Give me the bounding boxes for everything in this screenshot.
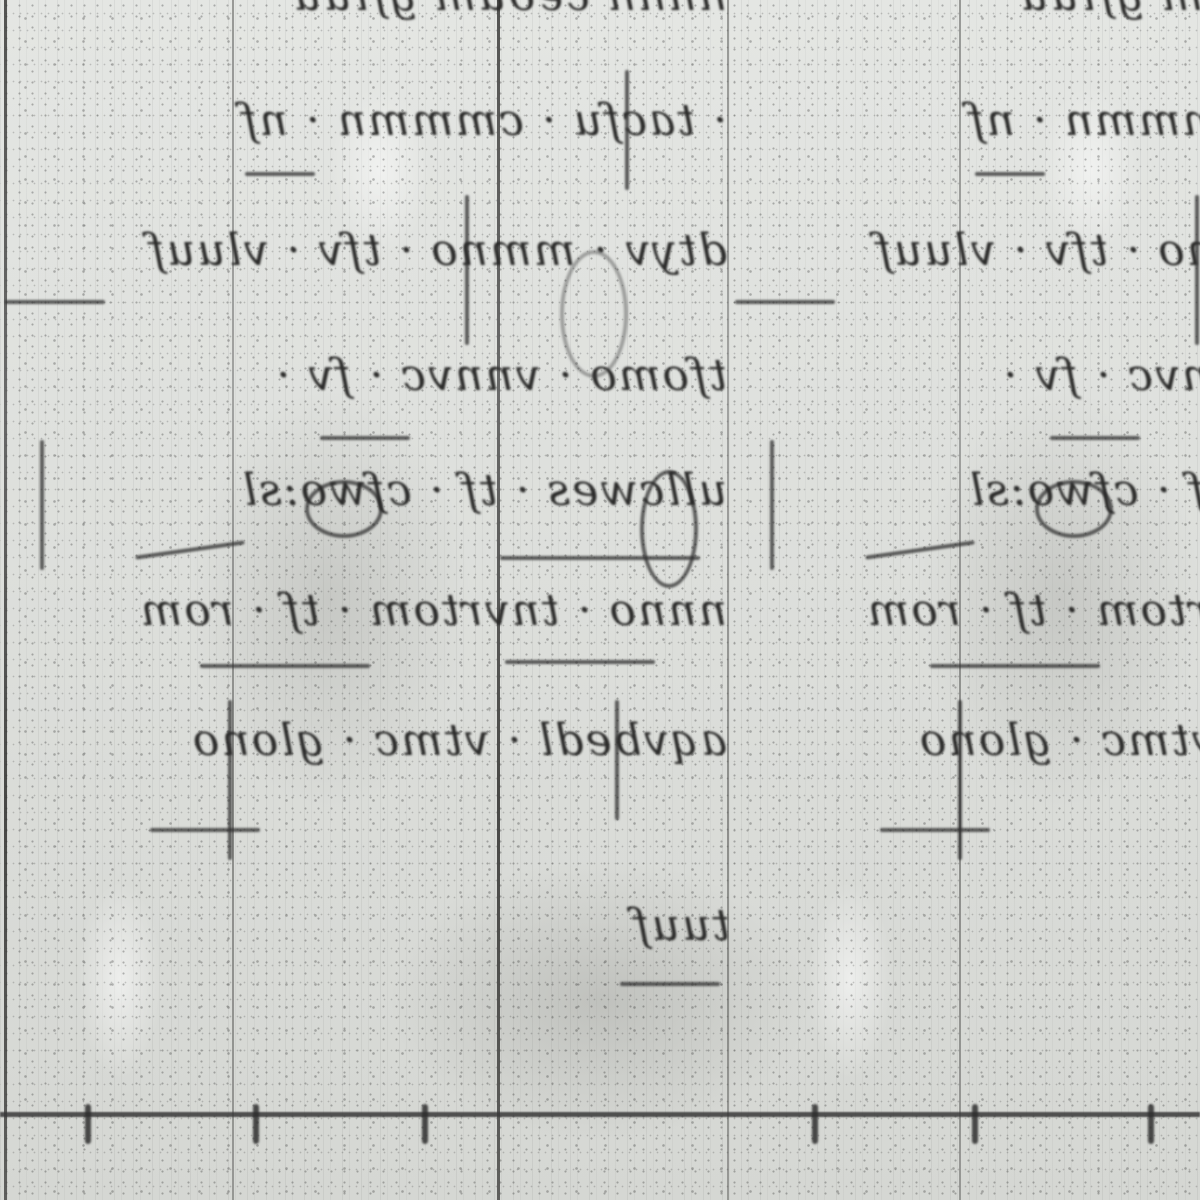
handwriting-line: tuuf xyxy=(590,900,730,951)
ink-underline xyxy=(975,172,1045,176)
ink-stroke xyxy=(465,195,469,345)
ink-loop xyxy=(1035,480,1113,538)
ink-underline xyxy=(500,556,700,560)
wood-plank-background: nnnn ceoum gfluu · tacfu · cmmmn · nf dt… xyxy=(0,0,1200,1200)
handwriting-line-repeat: ullcwes · tf · cfwo:sl xyxy=(727,465,1200,516)
ink-underline xyxy=(200,664,370,668)
ink-stroke xyxy=(40,440,44,570)
handwriting-line: nnno · tnvrtom · tf · rom xyxy=(0,585,727,636)
ink-stroke xyxy=(625,70,629,190)
ruler-tick xyxy=(812,1104,818,1144)
ink-stroke xyxy=(615,700,619,820)
ink-underline xyxy=(150,828,260,832)
ink-loop xyxy=(305,480,383,538)
ink-stroke xyxy=(770,440,774,570)
ink-underline xyxy=(320,436,410,440)
ruler-line xyxy=(0,1112,1200,1117)
ruler-tick xyxy=(972,1104,978,1144)
ink-underline xyxy=(930,664,1100,668)
handwriting-line-repeat: tfomo · vnnvc · fv · xyxy=(727,350,1200,401)
handwriting-line-repeat: · tacfu · cmmmn · nf xyxy=(727,95,1200,146)
handwriting-line-repeat: dtyv · mmno · tfv · vluuf xyxy=(727,225,1200,276)
ink-underline xyxy=(505,660,655,664)
ink-underline xyxy=(1050,436,1140,440)
ink-stroke xyxy=(228,700,232,860)
ink-stroke xyxy=(958,700,962,860)
ink-underline xyxy=(620,982,720,986)
handwriting-line-repeat: nnno · tnvrtom · tf · rom xyxy=(727,585,1200,636)
ink-underline xyxy=(245,172,315,176)
ruler-tick xyxy=(1148,1104,1154,1144)
handwriting-line-repeat: aqvbedl · vtmc · glono xyxy=(727,715,1200,766)
ruler-tick xyxy=(85,1104,91,1144)
handwriting-line: · tacfu · cmmmn · nf xyxy=(0,95,727,146)
handwriting-line-repeat: nnnn ceoum gfluu xyxy=(727,0,1200,21)
handwriting-line: nnnn ceoum gfluu xyxy=(0,0,727,21)
ink-underline xyxy=(880,828,990,832)
ink-loop xyxy=(640,470,698,588)
ink-stroke xyxy=(1195,195,1199,345)
ruler-tick xyxy=(422,1104,428,1144)
ruler-tick xyxy=(253,1104,259,1144)
ink-underline xyxy=(5,300,105,304)
ink-underline xyxy=(735,300,835,304)
ink-loop xyxy=(560,250,628,378)
